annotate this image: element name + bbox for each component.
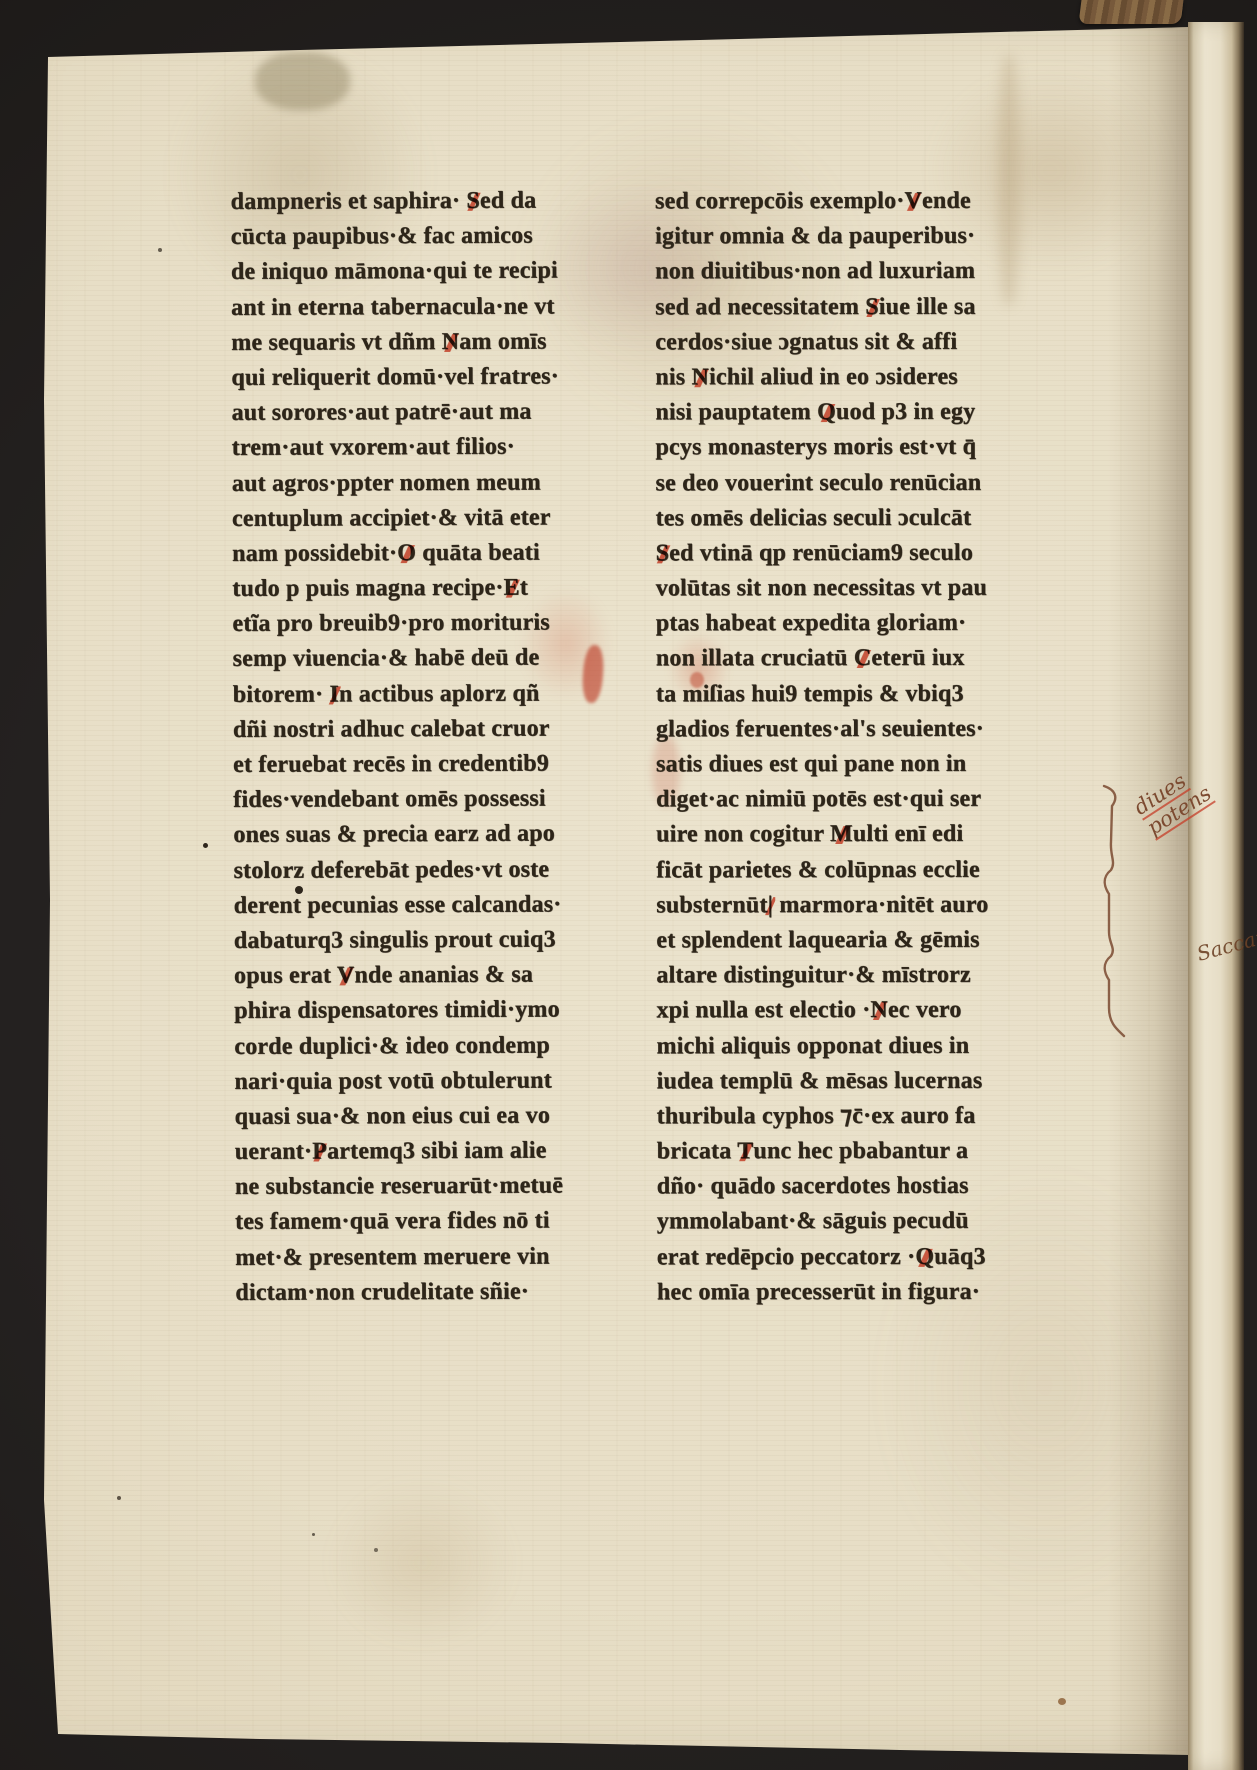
text-line: dñi nostri adhuc calebat cruor [233,711,635,748]
rubricated-initial: S [466,188,480,214]
ink-speck [312,1533,315,1536]
rubricated-initial: S [656,540,670,566]
text-line: ta miſias hui9 tempis & vbiq3 [656,676,1058,712]
text-line: stolorz deferebāt pedes·vt oste [233,852,635,889]
text-line: sed ad necessitatem Siue ille sa [655,289,1057,325]
text-line: non diuitibus·non ad luxuriam [655,254,1057,290]
rubricated-initial: Q [915,1243,934,1269]
text-line: xpi nulla est electio ·Nec vero [656,993,1058,1029]
text-line: michi aliquis opponat diues in [656,1028,1058,1064]
text-line: de iniquo māmona·qui te recipi [231,254,633,291]
text-line: substernūt| marmora·nitēt auro [656,887,1058,923]
gutter-shadow [1108,0,1192,1770]
text-line: corde duplici·& ideo condemp [234,1028,636,1065]
parchment-leaf: dampneris et saphira· Sed dacūcta paupib… [0,0,1257,1770]
text-line: phira dispensatores timidi·ymo [234,992,636,1029]
text-line: diget·ac nimiū potēs est·qui ser [656,782,1058,818]
rubricated-initial: N [691,364,709,390]
rubricated-initial: | [768,892,774,918]
text-line: ne substancie reseruarūt·metuē [235,1168,637,1205]
text-line: igitur omnia & da pauperibus· [655,219,1057,255]
text-line: cerdos·siue ɔgnatus sit & affi [655,324,1057,360]
text-line: nam possidebit·O quāta beati [232,535,634,572]
ink-speck [203,843,208,848]
text-line: cūcta paupibus·& fac amicos [231,218,633,255]
text-line: ficāt parietes & colūpnas ecclie [656,852,1058,888]
text-line: pcys monasterys moris est·vt q̄ [655,430,1057,466]
rubricated-initial: N [870,997,888,1023]
text-line: fides·vendebant omēs possessi [233,781,635,818]
text-line: ant in eterna tabernacula·ne vt [231,289,633,326]
ink-speck [585,28,591,34]
text-line: quasi sua·& non eius cui ea vo [235,1098,637,1135]
text-line: nari·quia post votū obtulerunt [234,1063,636,1100]
text-line: ones suas & precia earz ad apo [233,816,635,853]
text-line: se deo vouerint seculo renūcian [656,465,1058,501]
ink-speck [374,1548,378,1552]
text-line: satis diues est qui pane non in [656,747,1058,783]
text-line: etĩa pro breuib9·pro morituris [232,605,634,642]
rubricated-initial: S [865,294,879,320]
text-line: dictam·non crudelitate sñie· [235,1274,637,1311]
ink-speck [158,248,162,252]
text-line: erat redēpcio peccatorz ·Quāq3 [657,1239,1059,1275]
text-line: tes omēs delicias seculi ɔculcāt [656,500,1058,536]
text-line: tudo p puis magna recipe·Et [232,570,634,607]
text-line: gladios feruentes·al's seuientes· [656,711,1058,747]
text-line: hec omīa precesserūt in figura· [657,1274,1059,1310]
text-column-left: dampneris et saphira· Sed dacūcta paupib… [231,183,638,1311]
manuscript-photo: dampneris et saphira· Sed dacūcta paupib… [0,0,1257,1770]
text-line: ptas habeat expedita gloriam· [656,606,1058,642]
text-line: tes famem·quā vera fides nō ti [235,1204,637,1241]
text-line: dño· quādo sacerdotes hostias [657,1169,1059,1205]
rubricated-initial: P [312,1139,327,1165]
text-line: qui reliquerit domū·vel fratres· [231,359,633,396]
adjacent-page-edge [1188,22,1244,1770]
text-line: trem·aut vxorem·aut filios· [232,429,634,466]
text-line: et feruebat recēs in credentib9 [233,746,635,783]
text-line: uire non cogitur Multi enī edi [656,817,1058,853]
text-column-right: sed correpcōis exemplo·Vendeigitur omnia… [655,184,1059,1311]
rubricated-initial: T [737,1138,753,1164]
text-line: non illata cruciatū Ceterū iux [656,641,1058,677]
text-line: uerant·Partemq3 sibi iam alie [235,1133,637,1170]
rubricated-initial: I [329,681,339,707]
rubricated-initial: E [504,575,520,601]
text-line: aut sorores·aut patrē·aut ma [231,394,633,431]
text-line: semp viuencia·& habē deū de [233,641,635,678]
rubricated-initial: V [904,188,922,214]
binding-headband [1079,0,1184,24]
text-line: volūtas sit non necessitas vt pau [656,571,1058,607]
ink-speck [1058,1698,1066,1705]
text-line: nisi pauptatem Quod p3 in egy [655,395,1057,431]
text-line: bricata Tunc hec pbabantur a [657,1134,1059,1170]
text-line: altare distinguitur·& mīstrorz [656,958,1058,994]
text-line: centuplum accipiet·& vitā eter [232,500,634,537]
text-line: dampneris et saphira· Sed da [231,183,633,220]
rubricated-initial: N [442,329,460,355]
ink-speck [117,1496,121,1500]
text-line: et splendent laquearia & gēmis [656,923,1058,959]
text-line: dabaturq3 singulis prout cuiq3 [234,922,636,959]
rubricated-initial: Q [817,399,836,425]
text-line: thuribula cyphos ⁊c̄·ex auro fa [657,1099,1059,1135]
rubricated-initial: C [854,645,872,671]
rubricated-initial: M [830,821,853,847]
text-line: met·& presentem meruere vin [235,1239,637,1276]
text-line: me sequaris vt dñm Nam omīs [231,324,633,361]
rubricated-initial: O [397,540,416,566]
text-line: ymmolabant·& sāguis pecudū [657,1204,1059,1240]
text-line: Sed vtinā qp renūciam9 seculo [656,536,1058,572]
text-line: iudea templū & mēsas lucernas [657,1063,1059,1099]
text-line: derent pecunias esse calcandas· [234,887,636,924]
text-line: sed correpcōis exemplo·Vende [655,184,1057,220]
text-line: bitorem· In actibus aplorz qñ [233,676,635,713]
text-line: nis Nichil aliud in eo ɔsideres [655,360,1057,396]
rubricated-initial: V [337,962,355,988]
text-line: aut agros·ppter nomen meum [232,465,634,502]
text-line: opus erat Vnde ananias & sa [234,957,636,994]
